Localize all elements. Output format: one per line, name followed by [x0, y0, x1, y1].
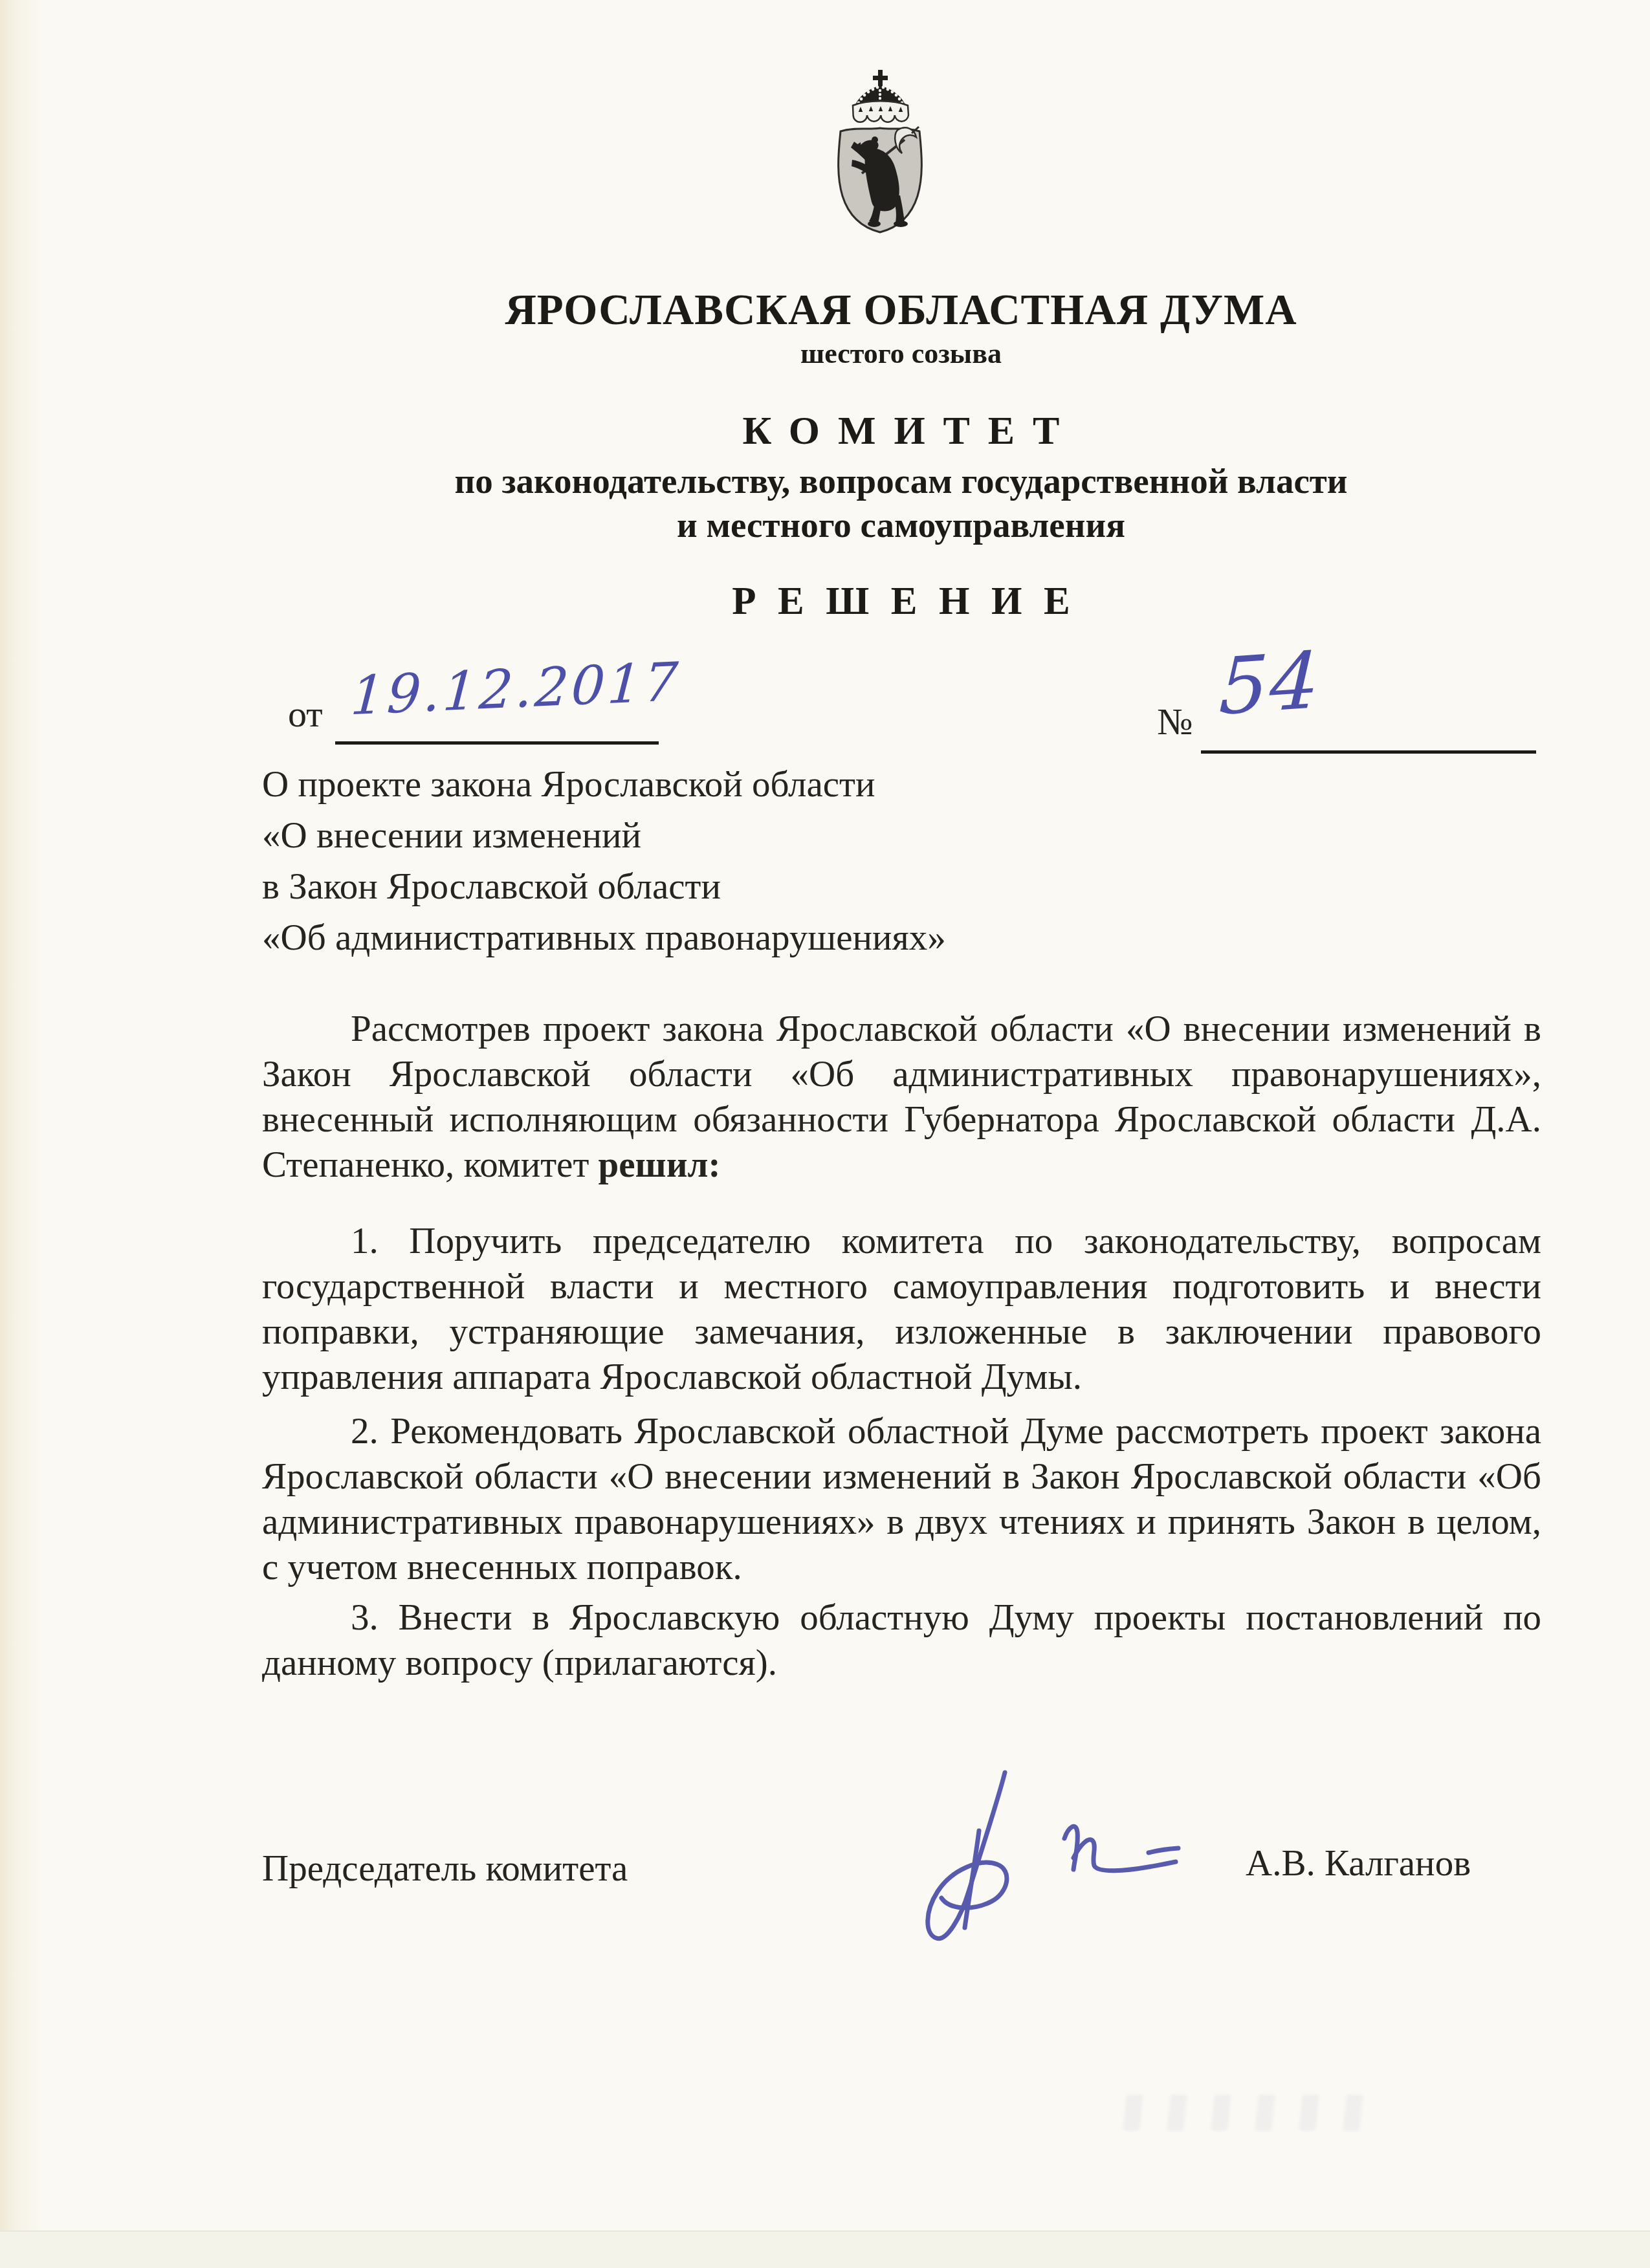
handwritten-number: 54: [1218, 635, 1322, 733]
resolution-item-1: 1. Поручить председателю комитета по зак…: [262, 1219, 1541, 1400]
resolution-item-2: 2. Рекомендовать Ярославской областной Д…: [262, 1409, 1541, 1590]
scan-speck: [269, 2241, 276, 2254]
crown-icon: [853, 70, 908, 122]
subject-block: О проекте закона Ярославской области «О …: [262, 759, 1540, 963]
scan-edge-left: [0, 0, 45, 2268]
coat-of-arms-icon: [835, 69, 925, 235]
scan-edge-bottom: [0, 2230, 1650, 2268]
committee-scope-line2: и местного самоуправления: [262, 505, 1540, 545]
signature-ink-icon: [870, 1754, 1194, 1955]
resolution-item-3: 3. Внести в Ярославскую областную Думу п…: [262, 1595, 1541, 1686]
date-label: от: [288, 692, 323, 736]
committee-title: КОМИТЕТ: [262, 408, 1540, 454]
subject-line: «Об административных правонарушениях»: [262, 912, 1540, 963]
document-body: Рассмотрев проект закона Ярославской обл…: [262, 1007, 1541, 1686]
subject-line: О проекте закона Ярославской области: [262, 759, 1540, 810]
intro-paragraph: Рассмотрев проект закона Ярославской обл…: [262, 1007, 1541, 1188]
intro-text: Рассмотрев проект закона Ярославской обл…: [262, 1009, 1541, 1185]
committee-scope-line1: по законодательству, вопросам государств…: [262, 461, 1540, 501]
date-underline: [335, 741, 659, 745]
faint-stamp-marks: [1125, 2095, 1403, 2140]
subject-line: «О внесении изменений: [262, 810, 1540, 861]
number-label: №: [1157, 700, 1193, 743]
document-type-title: РЕШЕНИЕ: [262, 579, 1540, 624]
signer-position-title: Председатель комитета: [262, 1848, 628, 1890]
scanned-document-page: ЯРОСЛАВСКАЯ ОБЛАСТНАЯ ДУМА шестого созыв…: [0, 0, 1650, 2268]
yaroslavl-bear-emblem-icon: [835, 69, 925, 235]
resolved-keyword: решил:: [599, 1144, 721, 1185]
handwritten-signature: [870, 1754, 1194, 1955]
number-underline: [1201, 750, 1536, 754]
convocation-subtitle: шестого созыва: [262, 337, 1540, 370]
organization-title: ЯРОСЛАВСКАЯ ОБЛАСТНАЯ ДУМА: [262, 285, 1540, 335]
handwritten-date: 19.12.2017: [349, 651, 682, 728]
subject-line: в Закон Ярославской области: [262, 861, 1540, 912]
signer-name: А.В. Калганов: [1246, 1842, 1471, 1884]
